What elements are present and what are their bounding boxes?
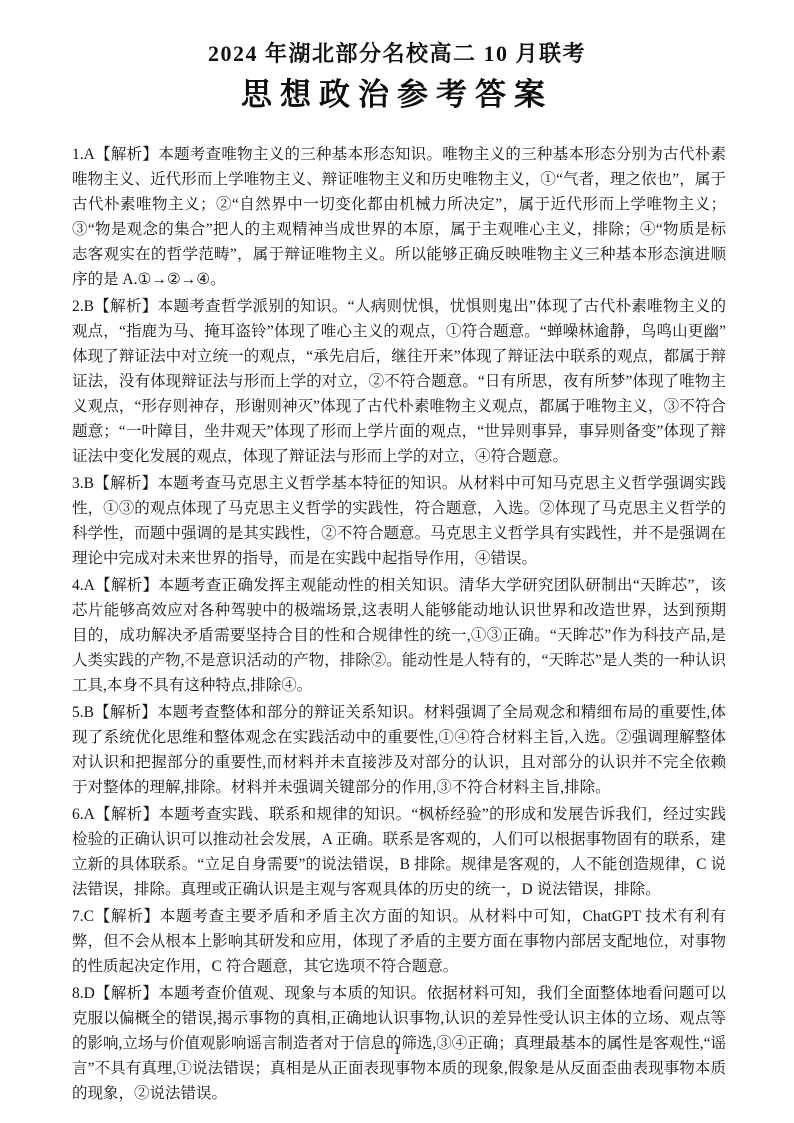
answer-item-2: 2.B【解析】本题考查哲学派别的知识。“人病则忧惧，忧惧则鬼出”体现了古代朴素唯… <box>72 294 726 469</box>
answers-section: 1.A【解析】本题考查唯物主义的三种基本形态知识。唯物主义的三种基本形态分别为古… <box>72 142 726 1106</box>
exam-title: 2024 年湖北部分名校高二 10 月联考 <box>0 40 794 68</box>
document-page: 2024 年湖北部分名校高二 10 月联考 思想政治参考答案 1.A【解析】本题… <box>0 0 794 1123</box>
document-header: 2024 年湖北部分名校高二 10 月联考 思想政治参考答案 <box>0 0 794 114</box>
answer-item-6: 6.A【解析】本题考查实践、联系和规律的知识。“枫桥经验”的形成和发展告诉我们，… <box>72 802 726 902</box>
answer-key-title: 思想政治参考答案 <box>0 76 794 114</box>
answer-item-3: 3.B【解析】本题考查马克思主义哲学基本特征的知识。从材料中可知马克思主义哲学强… <box>72 471 726 571</box>
answer-item-1: 1.A【解析】本题考查唯物主义的三种基本形态知识。唯物主义的三种基本形态分别为古… <box>72 142 726 292</box>
answer-item-7: 7.C【解析】本题考查主要矛盾和矛盾主次方面的知识。从材料中可知，ChatGPT… <box>72 904 726 979</box>
answer-item-5: 5.B【解析】本题考查整体和部分的辩证关系知识。材料强调了全局观念和精细布局的重… <box>72 700 726 800</box>
answer-item-4: 4.A【解析】本题考查正确发挥主观能动性的相关知识。清华大学研究团队研制出“天眸… <box>72 573 726 698</box>
page-number: 1 <box>0 1043 794 1059</box>
